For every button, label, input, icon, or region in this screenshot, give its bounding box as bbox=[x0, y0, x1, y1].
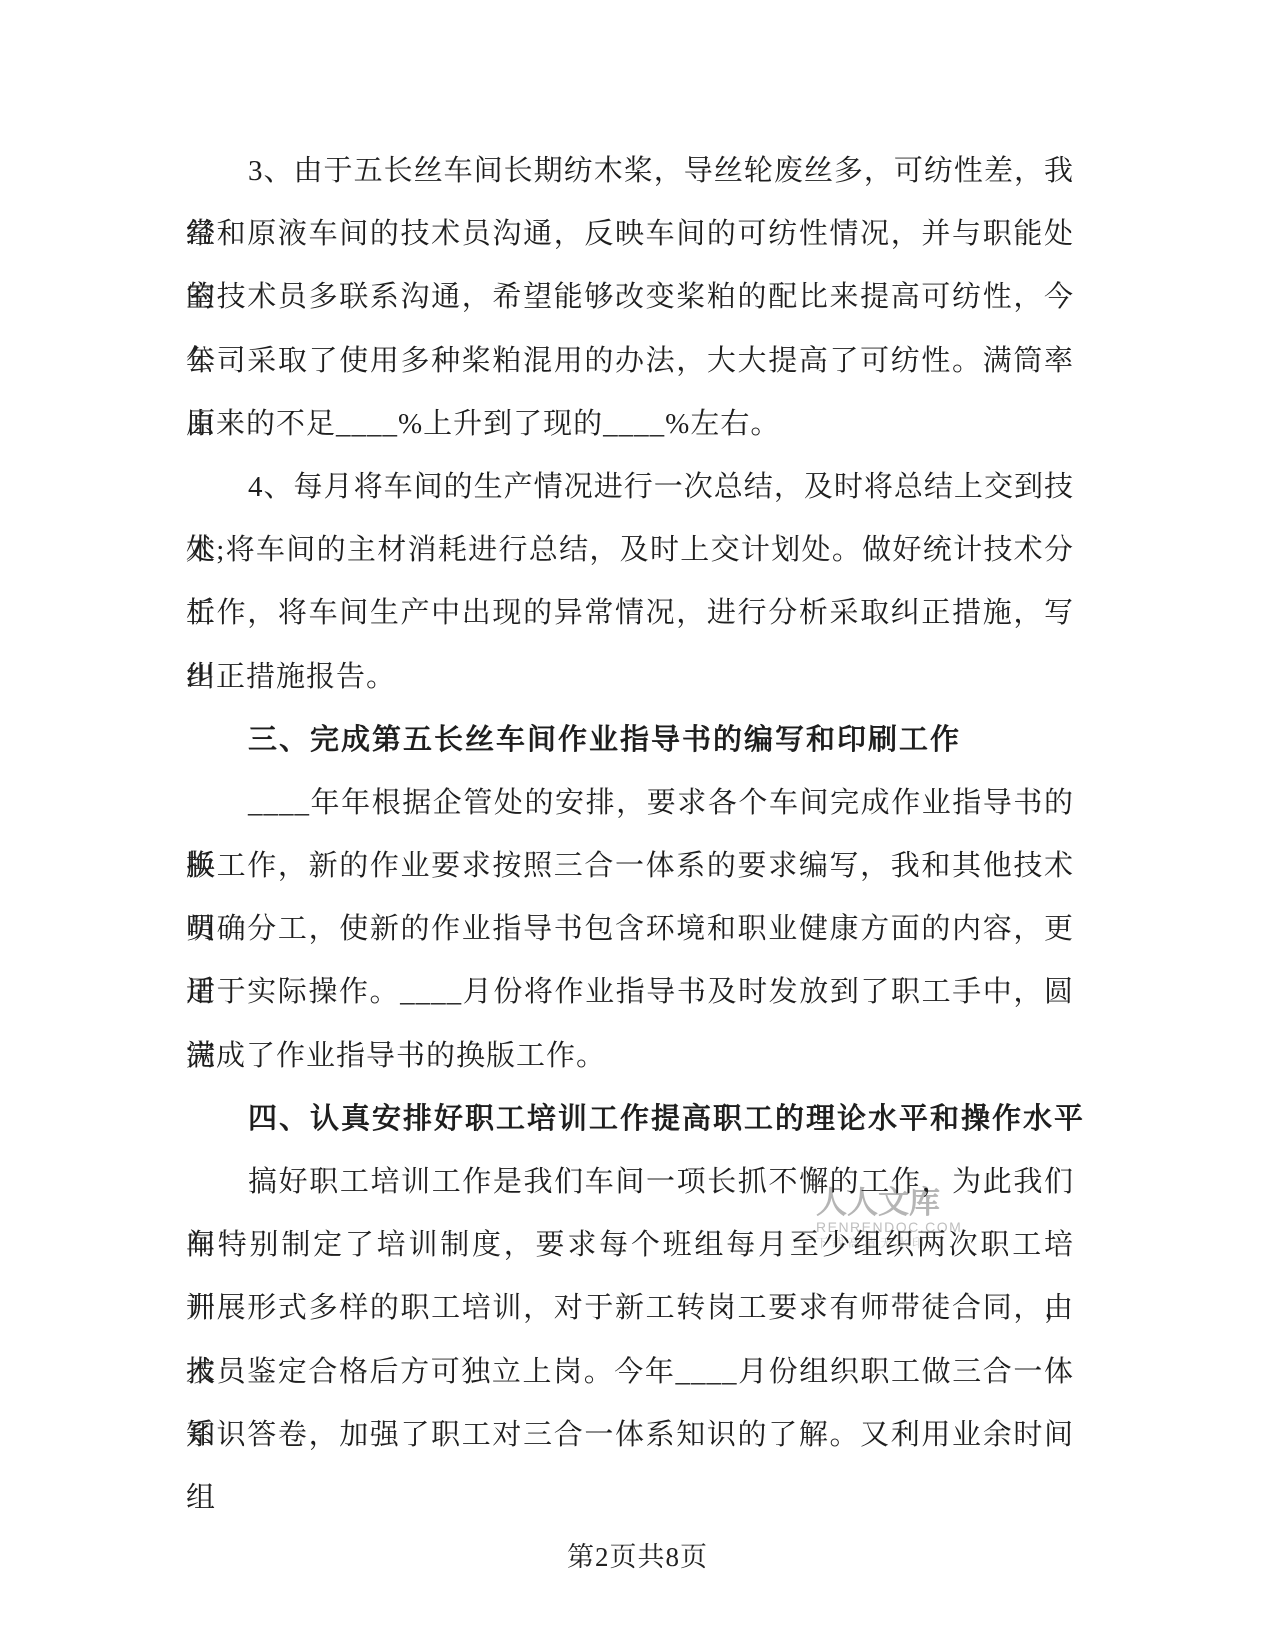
text-line: ____年年根据企管处的安排，要求各个车间完成作业指导书的换 bbox=[186, 772, 1074, 835]
text-line: 处;将车间的主材消耗进行总结，及时上交计划处。做好统计技术分析 bbox=[186, 519, 1074, 582]
text-line: 间特别制定了培训制度，要求每个班组每月至少组织两次职工培训， bbox=[186, 1214, 1074, 1277]
text-line: 原来的不足____%上升到了现的____%左右。 bbox=[186, 393, 1074, 456]
text-line: 知识答卷，加强了职工对三合一体系知识的了解。又利用业余时间组 bbox=[186, 1404, 1074, 1467]
text-line: 完成了作业指导书的换版工作。 bbox=[186, 1025, 1074, 1088]
text-line: 术员鉴定合格后方可独立上岗。今年____月份组织职工做三合一体系 bbox=[186, 1341, 1074, 1404]
heading-line: 三、完成第五长丝车间作业指导书的编写和印刷工作 bbox=[186, 709, 1074, 772]
text-line: 常和原液车间的技术员沟通，反映车间的可纺性情况，并与职能处室 bbox=[186, 203, 1074, 266]
text-line: 4、每月将车间的生产情况进行一次总结，及时将总结上交到技术 bbox=[186, 456, 1074, 519]
text-line: 版工作，新的作业要求按照三合一体系的要求编写，我和其他技术员 bbox=[186, 835, 1074, 898]
heading-line: 四、认真安排好职工培训工作提高职工的理论水平和操作水平 bbox=[186, 1088, 1074, 1151]
text-line: 用于实际操作。____月份将作业指导书及时发放到了职工手中，圆满 bbox=[186, 961, 1074, 1024]
document-page: 人人文库 RENRENDOC.COM 下载高清无水印 3、由于五长丝车间长期纺木… bbox=[0, 0, 1275, 1650]
text-line: 的技术员多联系沟通，希望能够改变桨粕的配比来提高可纺性，今年 bbox=[186, 266, 1074, 329]
text-line: 纠正措施报告。 bbox=[186, 646, 1074, 709]
text-line: 搞好职工培训工作是我们车间一项长抓不懈的工作，为此我们车 bbox=[186, 1151, 1074, 1214]
document-body: 3、由于五长丝车间长期纺木桨，导丝轮废丝多，可纺性差，我经常和原液车间的技术员沟… bbox=[186, 140, 1074, 1467]
text-line: 公司采取了使用多种桨粕混用的办法，大大提高了可纺性。满筒率由 bbox=[186, 330, 1074, 393]
text-line: 开展形式多样的职工培训，对于新工转岗工要求有师带徒合同，由技 bbox=[186, 1277, 1074, 1340]
page-footer: 第2页共8页 bbox=[0, 1535, 1275, 1574]
text-line: 工作，将车间生产中出现的异常情况，进行分析采取纠正措施，写出 bbox=[186, 582, 1074, 645]
text-line: 明确分工，使新的作业指导书包含环境和职业健康方面的内容，更适 bbox=[186, 898, 1074, 961]
text-line: 3、由于五长丝车间长期纺木桨，导丝轮废丝多，可纺性差，我经 bbox=[186, 140, 1074, 203]
